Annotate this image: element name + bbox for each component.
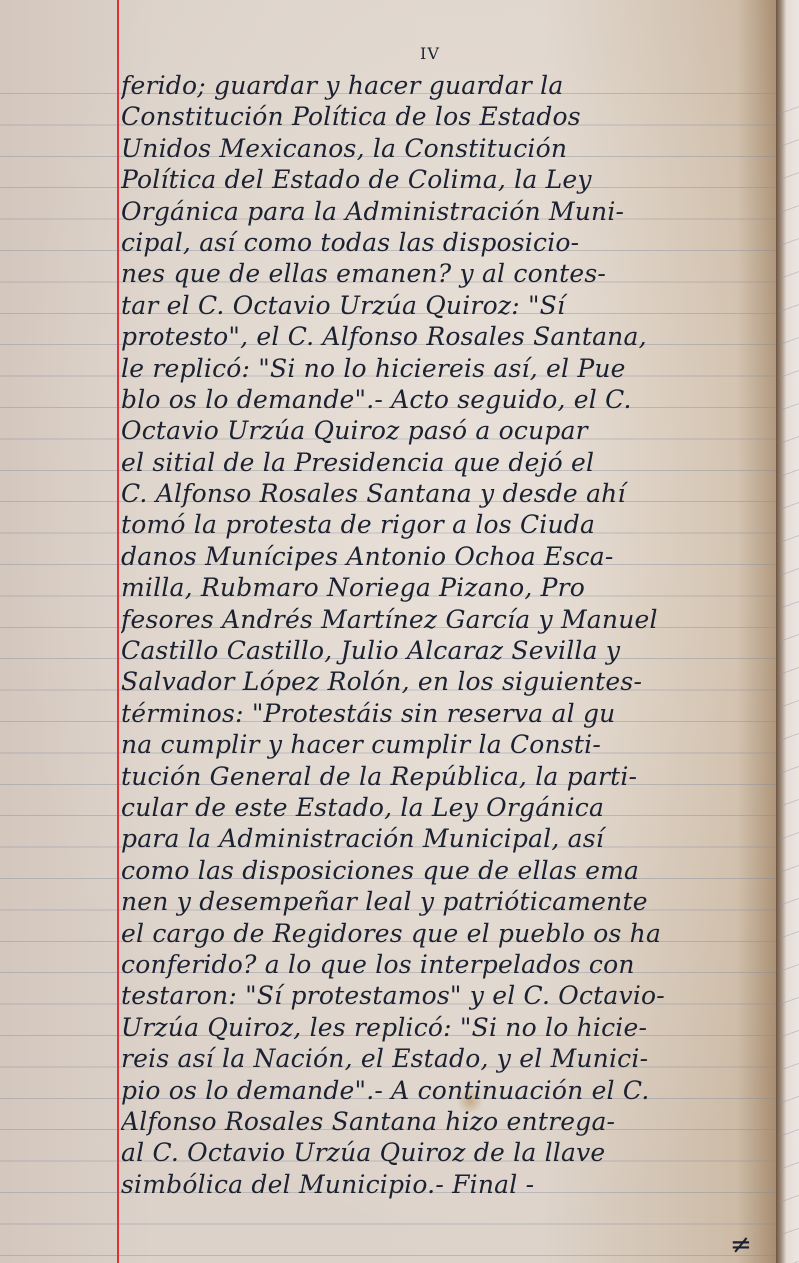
text-line: ferido; guardar y hacer guardar la	[121, 70, 771, 101]
text-line: danos Munícipes Antonio Ochoa Esca-	[121, 541, 771, 572]
text-line: Constitución Política de los Estados	[121, 101, 771, 132]
text-line: Salvador López Rolón, en los siguientes-	[121, 666, 771, 697]
end-mark: ≠	[730, 1230, 752, 1260]
text-line: términos: "Protestáis sin reserva al gu	[121, 698, 771, 729]
text-line: como las disposiciones que de ellas ema	[121, 855, 771, 886]
text-line: tomó la protesta de rigor a los Ciuda	[121, 509, 771, 540]
text-line: Castillo Castillo, Julio Alcaraz Sevilla…	[121, 635, 771, 666]
text-line: C. Alfonso Rosales Santana y desde ahí	[121, 478, 771, 509]
handwritten-text: ferido; guardar y hacer guardar la Const…	[121, 70, 771, 1200]
text-line: al C. Octavio Urzúa Quiroz de la llave	[121, 1137, 771, 1168]
text-line: tución General de la República, la parti…	[121, 761, 771, 792]
text-line: cular de este Estado, la Ley Orgánica	[121, 792, 771, 823]
text-line: nen y desempeñar leal y patrióticamente	[121, 886, 771, 917]
text-line: testaron: "Sí protestamos" y el C. Octav…	[121, 980, 771, 1011]
text-line: Orgánica para la Administración Muni-	[121, 196, 771, 227]
text-line: reis así la Nación, el Estado, y el Muni…	[121, 1043, 771, 1074]
text-line: pio os lo demande".- A continuación el C…	[121, 1075, 771, 1106]
text-line: Alfonso Rosales Santana hizo entrega-	[121, 1106, 771, 1137]
text-line: milla, Rubmaro Noriega Pizano, Pro	[121, 572, 771, 603]
text-line: el sitial de la Presidencia que dejó el	[121, 447, 771, 478]
text-line: simbólica del Municipio.- Final -	[121, 1169, 771, 1200]
text-line: na cumplir y hacer cumplir la Consti-	[121, 729, 771, 760]
text-line: para la Administración Municipal, así	[121, 823, 771, 854]
text-line: blo os lo demande".- Acto seguido, el C.	[121, 384, 771, 415]
next-page-edge	[780, 80, 799, 1263]
text-line: fesores Andrés Martínez García y Manuel	[121, 604, 771, 635]
text-line: Unidos Mexicanos, la Constitución	[121, 133, 771, 164]
red-margin-line	[117, 0, 119, 1263]
text-line: le replicó: "Si no lo hiciereis así, el …	[121, 353, 771, 384]
text-line: conferido? a lo que los interpelados con	[121, 949, 771, 980]
page-numeral: IV	[420, 44, 440, 63]
text-line: tar el C. Octavio Urzúa Quiroz: "Sí	[121, 290, 771, 321]
text-line: nes que de ellas emanen? y al contes-	[121, 258, 771, 289]
text-line: Política del Estado de Colima, la Ley	[121, 164, 771, 195]
text-line: el cargo de Regidores que el pueblo os h…	[121, 918, 771, 949]
text-line: protesto", el C. Alfonso Rosales Santana…	[121, 321, 771, 352]
text-line: Octavio Urzúa Quiroz pasó a ocupar	[121, 415, 771, 446]
text-line: cipal, así como todas las disposicio-	[121, 227, 771, 258]
text-line: Urzúa Quiroz, les replicó: "Si no lo hic…	[121, 1012, 771, 1043]
